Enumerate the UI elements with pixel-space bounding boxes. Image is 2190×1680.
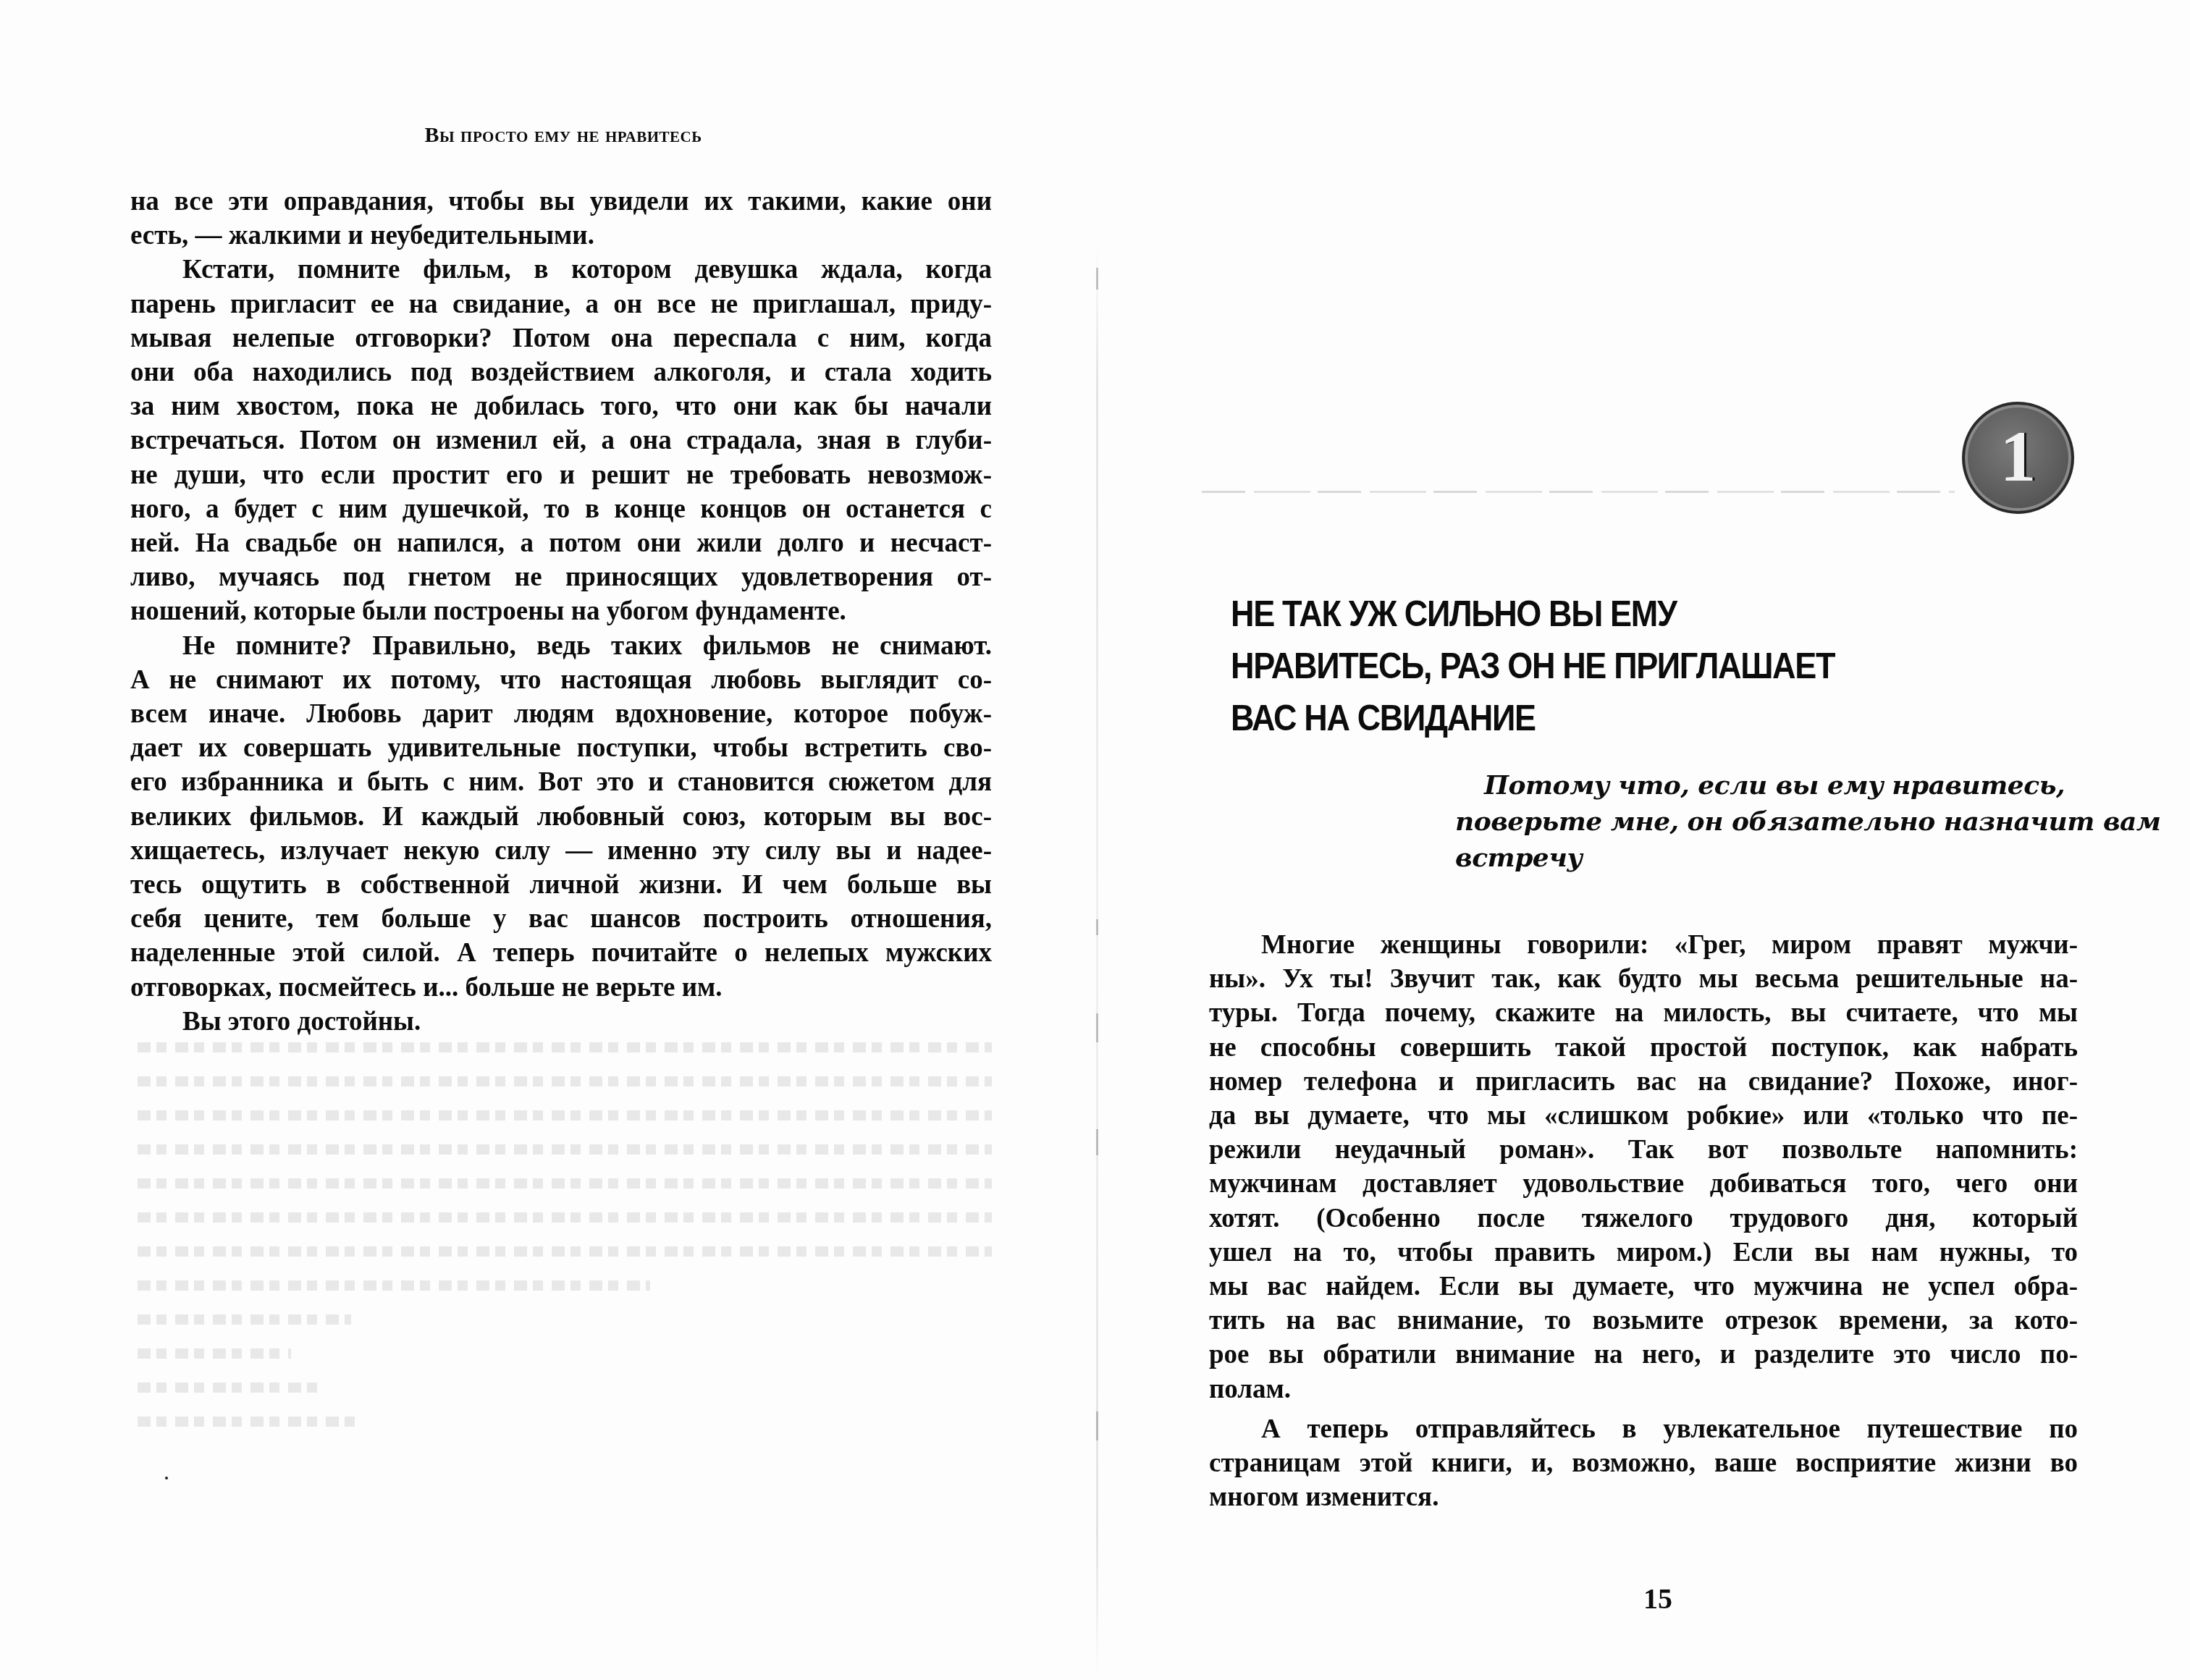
paragraph: Вы этого достойны.: [130, 1005, 992, 1039]
text-line: они оба находились под воздействием алко…: [130, 355, 992, 389]
text-line: хищаетесь, излучает некую силу — именно …: [130, 834, 992, 868]
text-line: полам.: [1209, 1372, 2078, 1406]
text-line: ношений, которые были построены на убого…: [130, 594, 992, 628]
text-line: не души, что если простит его и решит не…: [130, 458, 992, 492]
text-line: Вы этого достойны.: [130, 1005, 992, 1039]
paragraph: Кстати, помните фильм, в котором девушка…: [130, 253, 992, 628]
text-line: на все эти оправдания, чтобы вы увидели …: [130, 185, 992, 219]
text-line: тесь ощутить в собственной личной жизни.…: [130, 868, 992, 902]
text-line: не способны совершить такой простой пост…: [1209, 1031, 2078, 1065]
text-line: туры. Тогда почему, скажите на милость, …: [1209, 996, 2078, 1030]
text-line: ливо, мучаясь под гнетом не приносящих у…: [130, 560, 992, 594]
text-line: мы вас найдем. Если вы думаете, что мужч…: [1209, 1270, 2078, 1304]
text-line: А не снимают их потому, что настоящая лю…: [130, 663, 992, 697]
chapter-title-line: НЕ ТАК УЖ СИЛЬНО ВЫ ЕМУ: [1231, 588, 1882, 640]
paragraph: Не помните? Правильно, ведь таких фильмо…: [130, 629, 992, 1005]
text-line: себя цените, тем больше у вас шансов пос…: [130, 902, 992, 936]
text-line: да вы думаете, что мы «слишком робкие» и…: [1209, 1099, 2078, 1133]
text-line: номер телефона и пригласить вас на свида…: [1209, 1065, 2078, 1099]
text-line: ушел на то, чтобы править миром.) Если в…: [1209, 1236, 2078, 1270]
chapter-number: 1: [2000, 421, 2037, 493]
text-line: его избранника и быть с ним. Вот это и с…: [130, 765, 992, 799]
text-line: страницам этой книги, и, возможно, ваше …: [1209, 1446, 2078, 1480]
text-line: ного, а будет с ним душечкой, то в конце…: [130, 492, 992, 526]
left-page: Вы просто ему не нравитесь на все эти оп…: [0, 0, 1097, 1680]
chapter-title-line: ВАС НА СВИДАНИЕ: [1231, 692, 1882, 744]
paragraph: на все эти оправдания, чтобы вы увидели …: [130, 185, 992, 253]
chapter-title-line: НРАВИТЕСЬ, РАЗ ОН НЕ ПРИГЛАШАЕТ: [1231, 640, 1882, 692]
text-line: великих фильмов. И каждый любовный союз,…: [130, 800, 992, 834]
running-header: Вы просто ему не нравитесь: [379, 123, 748, 148]
text-line: Не помните? Правильно, ведь таких фильмо…: [130, 629, 992, 663]
paragraph: А теперь отправляйтесь в увлекательное п…: [1209, 1412, 2078, 1515]
epigraph-line: встречу: [1455, 840, 2092, 876]
text-line: дает их совершать удивительные поступки,…: [130, 731, 992, 765]
left-body-text: на все эти оправдания, чтобы вы увидели …: [130, 185, 992, 1039]
epigraph: Потому что, если вы ему нравитесь, повер…: [1455, 767, 2092, 876]
page-number: 15: [1614, 1582, 1701, 1616]
text-line: режили неудачный роман». Так вот позволь…: [1209, 1133, 2078, 1167]
bleed-through-text: [138, 1042, 992, 1491]
paragraph: Многие женщины говорили: «Грег, миром пр…: [1209, 928, 2078, 1406]
text-line: наделенные этой силой. А теперь почитайт…: [130, 936, 992, 970]
text-line: всем иначе. Любовь дарит людям вдохновен…: [130, 697, 992, 731]
book-spread: Вы просто ему не нравитесь на все эти оп…: [0, 0, 2190, 1680]
text-line: Кстати, помните фильм, в котором девушка…: [130, 253, 992, 287]
text-line: хотят. (Особенно после тяжелого трудовог…: [1209, 1202, 2078, 1236]
scan-speck: [165, 1477, 168, 1480]
text-line: многом изменится.: [1209, 1480, 2078, 1514]
epigraph-line: Потому что, если вы ему нравитесь,: [1455, 767, 2092, 803]
chapter-title: НЕ ТАК УЖ СИЛЬНО ВЫ ЕМУ НРАВИТЕСЬ, РАЗ О…: [1231, 588, 1882, 744]
text-line: ней. На свадьбе он напился, а потом они …: [130, 526, 992, 560]
text-line: отговорках, посмейтесь и... больше не ве…: [130, 971, 992, 1005]
text-line: А теперь отправляйтесь в увлекательное п…: [1209, 1412, 2078, 1446]
text-line: парень пригласит ее на свидание, а он вс…: [130, 287, 992, 321]
chapter-number-badge: 1: [1962, 402, 2074, 514]
text-line: ны». Ух ты! Звучит так, как будто мы вес…: [1209, 962, 2078, 996]
chapter-divider-rule: [1202, 491, 1955, 493]
text-line: Многие женщины говорили: «Грег, миром пр…: [1209, 928, 2078, 962]
text-line: встречаться. Потом он изменил ей, а она …: [130, 423, 992, 457]
text-line: мужчинам доставляет удовольствие добиват…: [1209, 1167, 2078, 1201]
text-line: за ним хвостом, пока не добилась того, ч…: [130, 389, 992, 423]
right-body-text: Многие женщины говорили: «Грег, миром пр…: [1209, 928, 2078, 1514]
text-line: мывая нелепые отговорки? Потом она перес…: [130, 321, 992, 355]
text-line: рое вы обратили внимание на него, и разд…: [1209, 1338, 2078, 1372]
text-line: есть, — жалкими и неубедительными.: [130, 219, 992, 253]
epigraph-line: поверьте мне, он обязательно назначит ва…: [1455, 803, 2092, 840]
text-line: тить на вас внимание, то возьмите отрезо…: [1209, 1304, 2078, 1338]
